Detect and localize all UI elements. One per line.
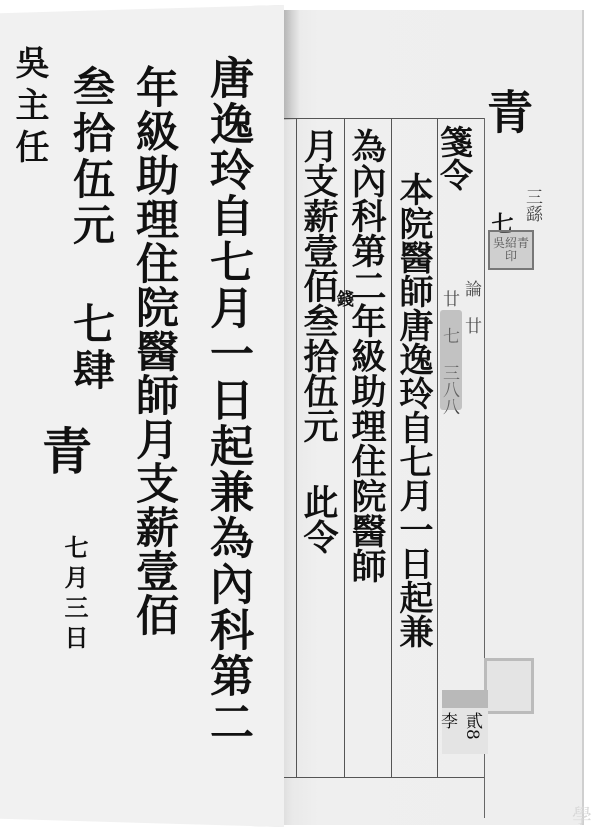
grid-line	[437, 119, 438, 777]
right-column-heading: 箋令	[438, 125, 471, 191]
left-memo-slip: 唐逸玲自七月一日起兼為內科第二 年級助理住院醫師月支薪壹佰 叁拾伍元 七肆 吳主…	[0, 5, 284, 827]
left-date: 七月三日	[62, 535, 86, 655]
bottom-label-slip: 貳8 李	[442, 690, 488, 754]
left-column-2: 年級助理住院醫師月支薪壹佰	[132, 65, 175, 637]
left-signature: 青	[38, 425, 88, 475]
document-scan: 青 三繇 七 吳紹青印 箋令 論 廿 廿 七 三八八 本院醫師唐逸玲自七月一日起…	[0, 0, 600, 835]
bottom-label-number: 貳8	[462, 712, 482, 740]
right-top-annotation: 三繇	[523, 188, 540, 222]
faint-stamp	[484, 658, 534, 714]
grid-line	[296, 119, 297, 777]
ink-smudge	[440, 310, 462, 410]
left-column-1: 唐逸玲自七月一日起兼為內科第二	[205, 55, 249, 745]
reference-mark-1: 論 廿	[462, 280, 479, 334]
left-column-3: 叁拾伍元 七肆	[70, 65, 112, 394]
right-top-signature: 青	[484, 88, 530, 134]
grid-line	[344, 119, 345, 777]
grid-line	[391, 119, 392, 777]
right-column-3: 月支薪壹佰叁拾伍元 此令	[301, 128, 336, 554]
red-seal-stamp: 吳紹青印	[488, 230, 534, 270]
right-column-1: 本院醫師唐逸玲自七月一日起兼	[396, 172, 430, 648]
right-column-2: 為內科第二年級助理住院醫師	[349, 128, 384, 583]
addressee: 吳主任	[12, 45, 46, 171]
watermark: 學	[572, 800, 592, 829]
bottom-label-name: 李	[437, 712, 457, 729]
